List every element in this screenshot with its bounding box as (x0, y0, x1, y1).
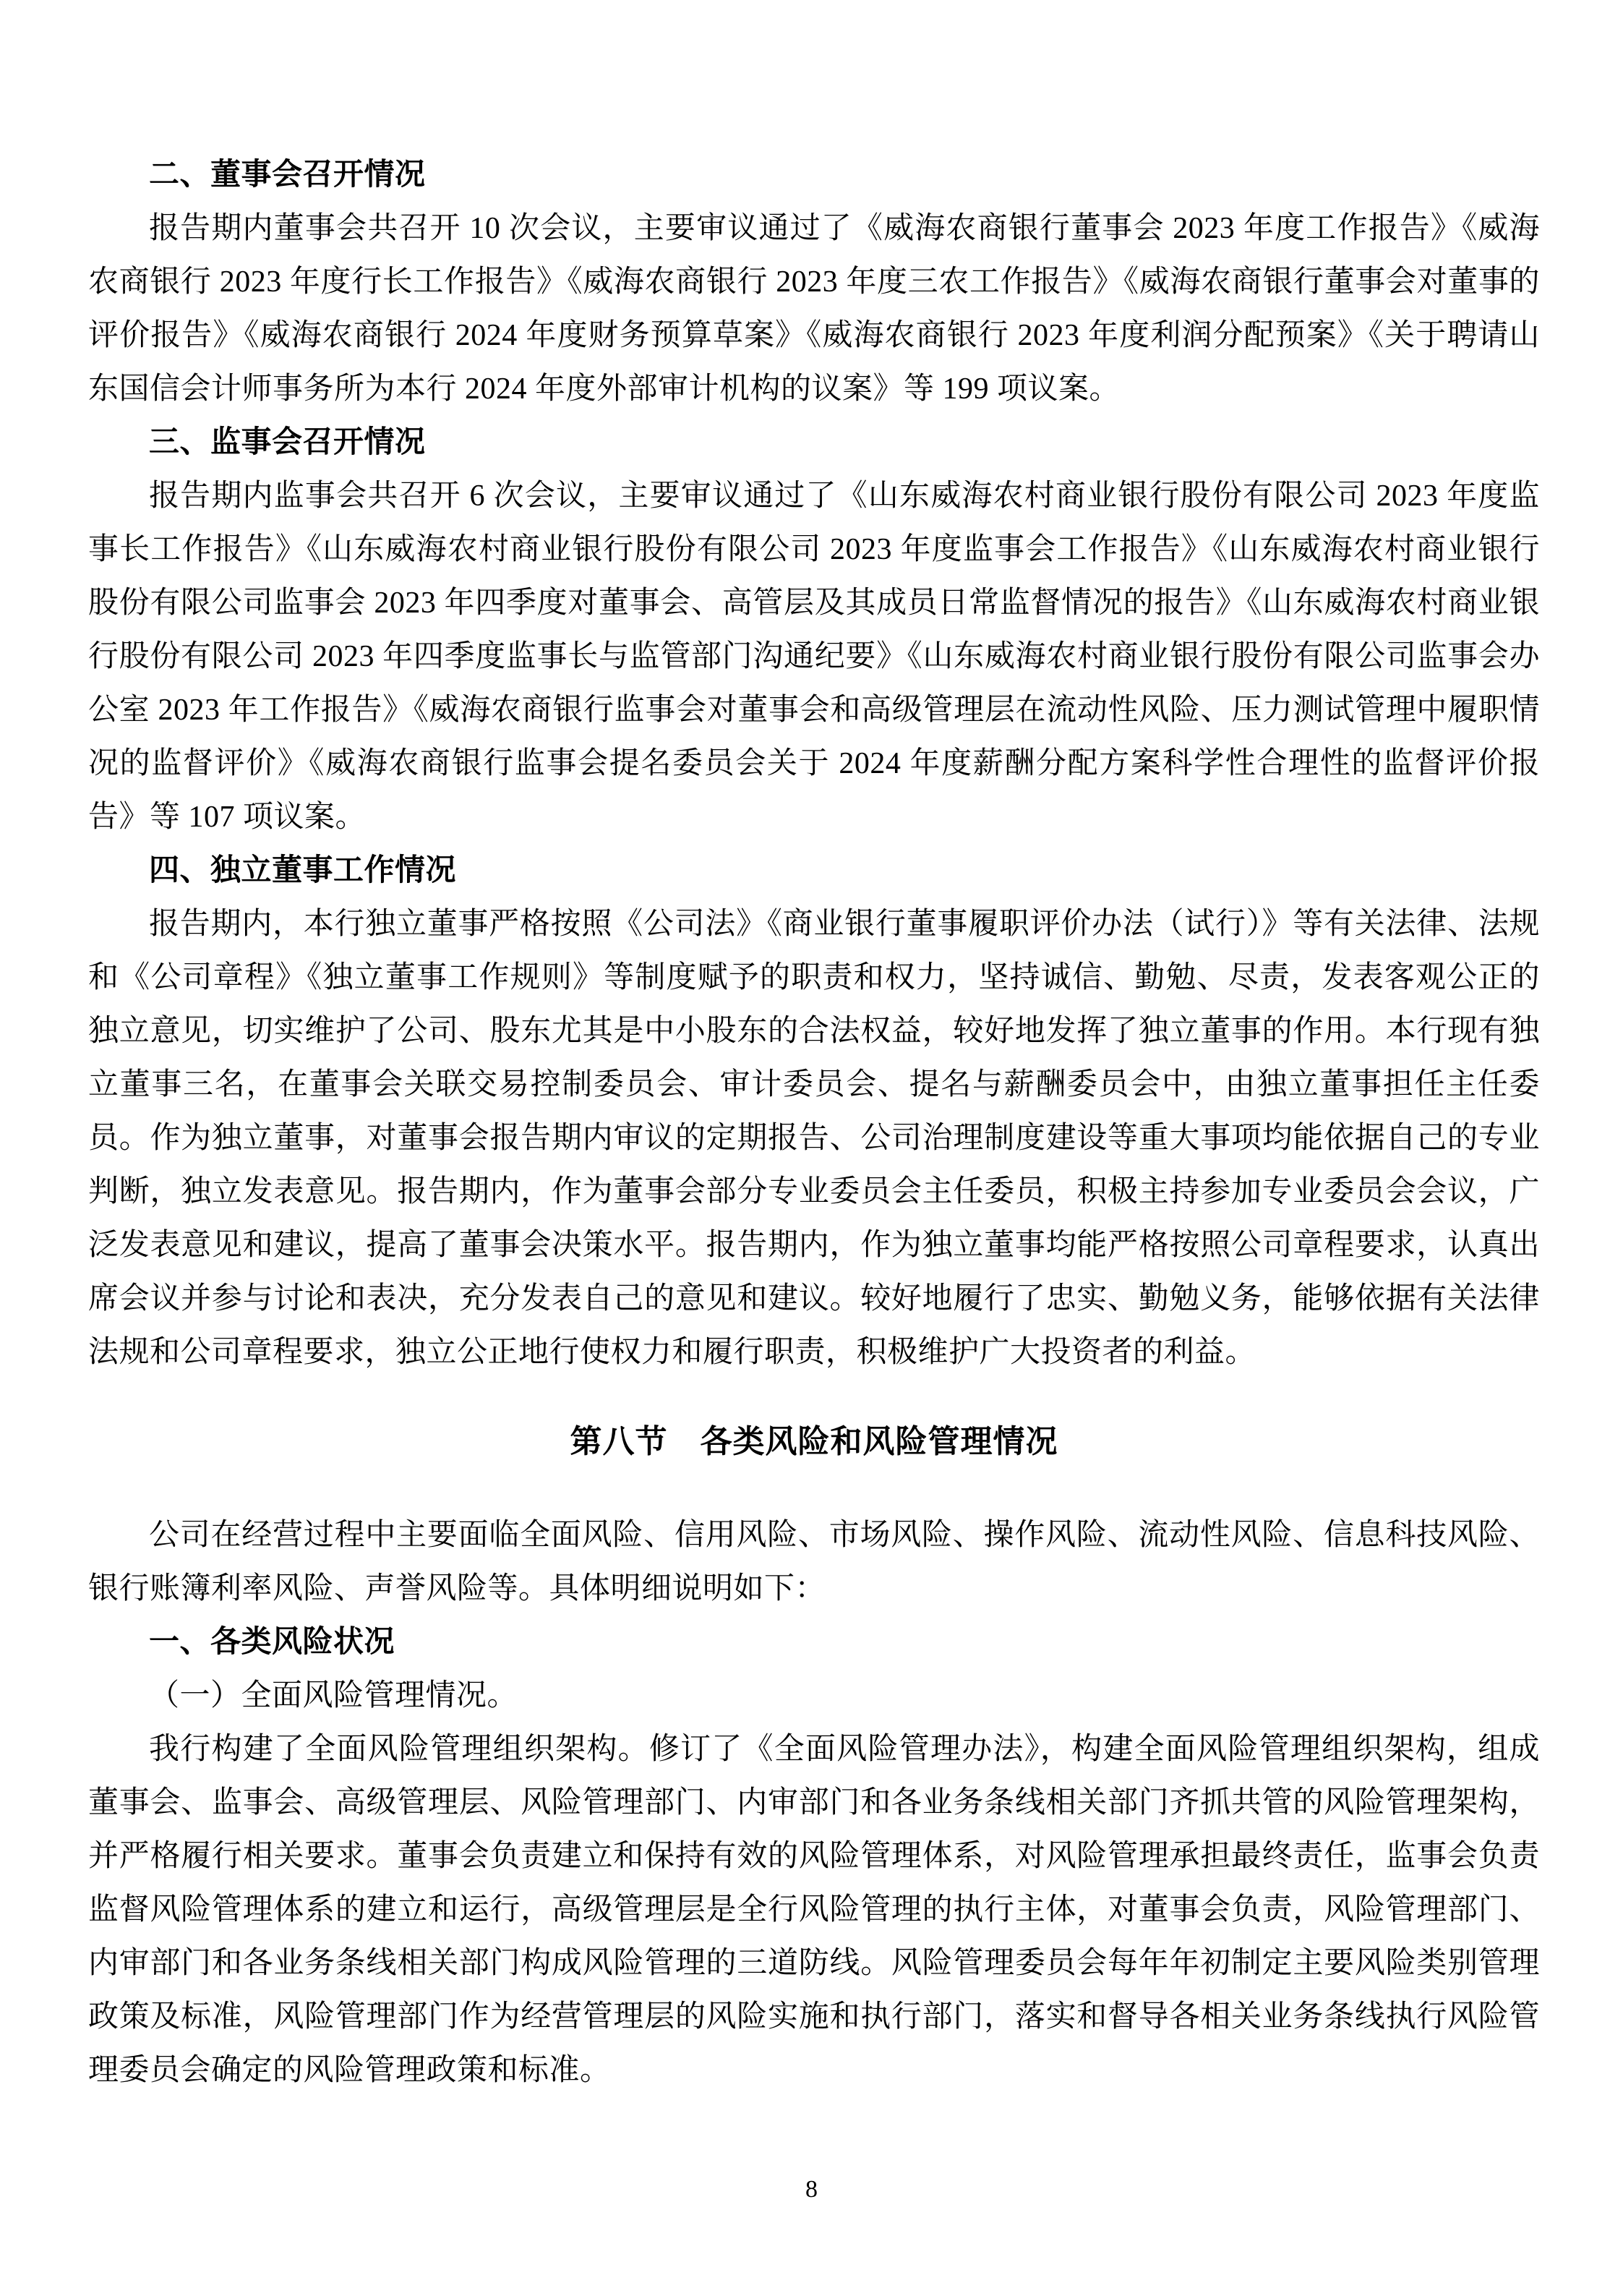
heading-supervisory-meetings: 三、监事会召开情况 (88, 416, 1540, 469)
heading-independent-directors: 四、独立董事工作情况 (88, 844, 1540, 897)
document-page: 二、董事会召开情况 报告期内董事会共召开 10 次会议，主要审议通过了《威海农商… (0, 0, 1623, 2296)
paragraph-supervisory-meetings: 报告期内监事会共召开 6 次会议，主要审议通过了《山东威海农村商业银行股份有限公… (88, 469, 1540, 844)
paragraph-risk-overview: 公司在经营过程中主要面临全面风险、信用风险、市场风险、操作风险、流动性风险、信息… (88, 1508, 1540, 1616)
chapter-title-risk-management: 第八节 各类风险和风险管理情况 (88, 1415, 1540, 1469)
paragraph-independent-directors: 报告期内，本行独立董事严格按照《公司法》《商业银行董事履职评价办法（试行）》等有… (88, 897, 1540, 1379)
paragraph-comprehensive-risk: 我行构建了全面风险管理组织架构。修订了《全面风险管理办法》，构建全面风险管理组织… (88, 1723, 1540, 2097)
paragraph-board-meetings: 报告期内董事会共召开 10 次会议，主要审议通过了《威海农商银行董事会 2023… (88, 202, 1540, 416)
subheading-comprehensive-risk: （一）全面风险管理情况。 (88, 1669, 1540, 1723)
page-number: 8 (0, 2175, 1623, 2204)
heading-board-meetings: 二、董事会召开情况 (88, 148, 1540, 202)
document-content: 二、董事会召开情况 报告期内董事会共召开 10 次会议，主要审议通过了《威海农商… (0, 0, 1623, 2097)
heading-risk-status: 一、各类风险状况 (88, 1616, 1540, 1669)
